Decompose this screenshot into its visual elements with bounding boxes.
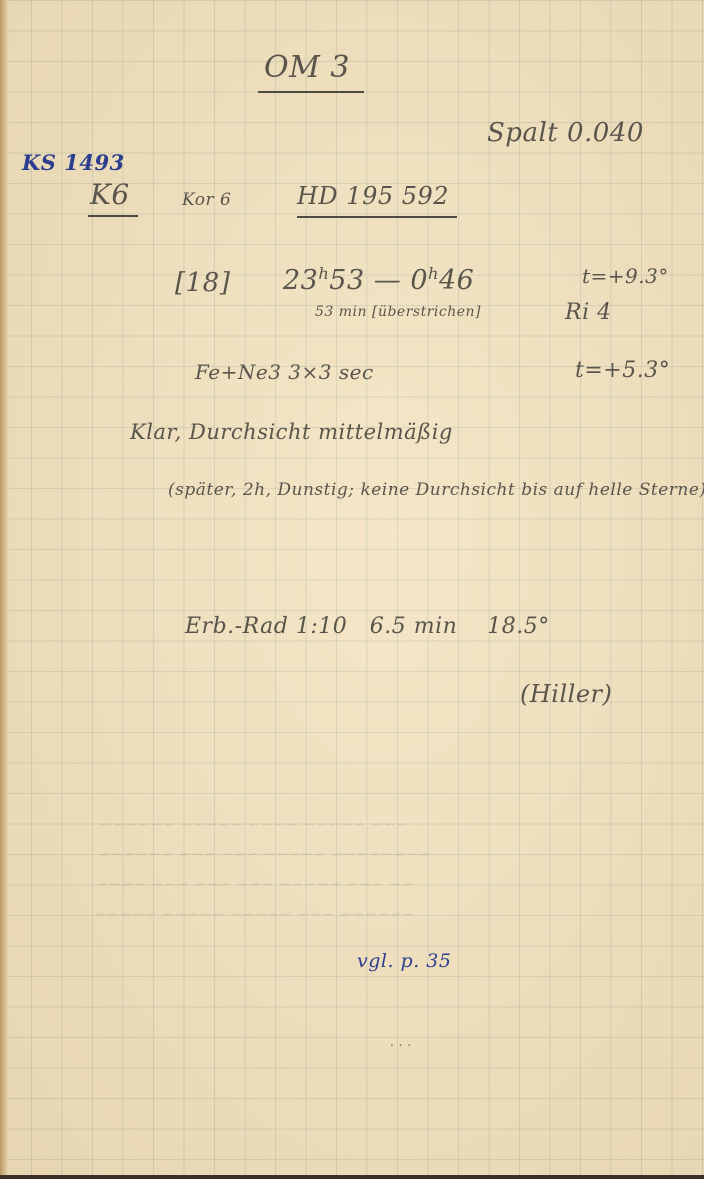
bleed-through-text: ~~~~~~ ~~~ ~~~~~ ~~~~~ ~~~~~ bbox=[94, 905, 415, 923]
exposure-duration: 53 min [überstrichen] bbox=[315, 304, 481, 320]
comparison-lamp: Fe+Ne3 3×3 sec bbox=[195, 360, 374, 384]
later-remark: (später, 2h, Dunstig; keine Durchsicht b… bbox=[168, 480, 704, 500]
start-minute: 53 bbox=[329, 265, 364, 296]
star-id: K6 bbox=[88, 178, 138, 217]
calibration-duration: 6.5 min bbox=[370, 614, 458, 639]
calibration-label: Erb.-Rad 1:10 bbox=[185, 614, 347, 639]
bottom-dots: . . . bbox=[390, 1035, 412, 1049]
bleed-through-text: ~~~~~~~~ ~~~~~ ~~~ ~~~ ~~~~~~ bbox=[98, 845, 431, 863]
alt-star-id: Kor 6 bbox=[182, 190, 231, 210]
end-minute: 46 bbox=[439, 265, 474, 296]
start-hour: 23 bbox=[283, 265, 318, 296]
observer-name: (Hiller) bbox=[520, 680, 612, 708]
end-hour: 0 bbox=[410, 265, 428, 296]
temperature-reading-2: t=+5.3° bbox=[575, 358, 670, 383]
hour-mark: h bbox=[318, 264, 329, 283]
slit-width: Spalt 0.040 bbox=[487, 118, 644, 148]
hd-number: HD 195 592 bbox=[297, 182, 457, 218]
seeing-value: Ri 4 bbox=[565, 300, 612, 325]
page-title: OM 3 bbox=[258, 50, 364, 93]
exposure-time-range: 23h53 — 0h46 bbox=[283, 264, 474, 296]
catalog-number: KS 1493 bbox=[22, 150, 125, 175]
bleed-through-text: ~~~ ~~~~~ ~~~~ ~~~~~ ~~~~~~ bbox=[100, 815, 408, 833]
plate-number: [18] bbox=[175, 268, 230, 298]
calibration-note: Erb.-Rad 1:10 6.5 min 18.5° bbox=[185, 614, 550, 639]
hour-mark: h bbox=[428, 264, 439, 283]
dash: — bbox=[374, 265, 402, 296]
bleed-through-text: ~~ ~~~ ~~~~~ ~~~ ~~~ ~~~ ~~~~ bbox=[96, 875, 414, 893]
temperature-reading: t=+9.3° bbox=[582, 264, 669, 288]
calibration-temperature: 18.5° bbox=[487, 614, 549, 639]
page-bottom-edge bbox=[0, 1175, 704, 1179]
page-reference: vgl. p. 35 bbox=[357, 950, 451, 972]
sky-remark: Klar, Durchsicht mittelmäßig bbox=[130, 420, 453, 444]
binding-edge bbox=[0, 0, 8, 1179]
notebook-page: ~~~ ~~~~~ ~~~~ ~~~~~ ~~~~~~ ~~~~~~~~ ~~~… bbox=[0, 0, 704, 1179]
